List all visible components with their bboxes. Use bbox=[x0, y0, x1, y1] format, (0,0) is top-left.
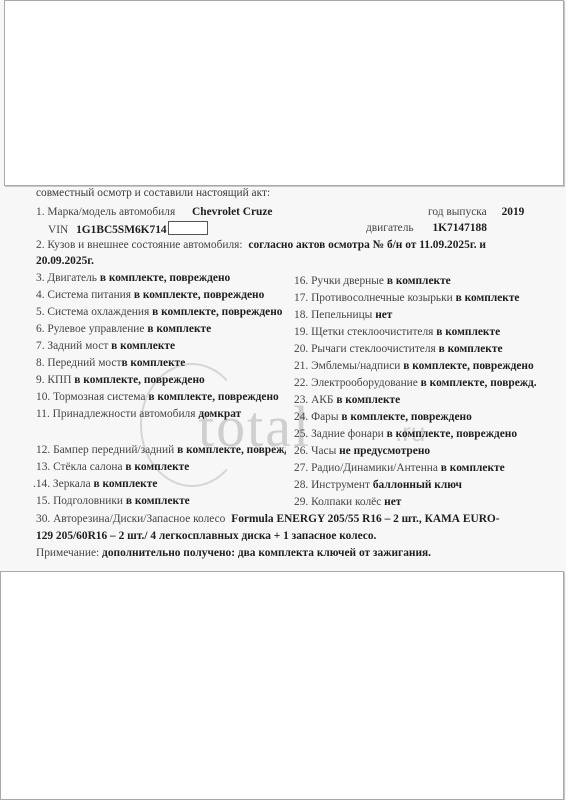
item-value: Chevrolet Cruze bbox=[192, 206, 272, 218]
item-label: 11. Принадлежности автомобиля bbox=[36, 408, 195, 420]
item-value: в комплекте, поврежд. bbox=[418, 377, 537, 389]
list-item: 22. Электрооборудование в комплекте, пов… bbox=[294, 376, 537, 390]
item-label: 23. АКБ bbox=[294, 394, 336, 406]
list-item: 21. Эмблемы/надписи в комплекте, поврежд… bbox=[294, 359, 534, 373]
list-item: 7. Задний мост в комплекте bbox=[36, 339, 175, 353]
item-value: в комплекте, повреждено bbox=[148, 391, 278, 403]
list-item: 12. Бампер передний/задний в комплекте, … bbox=[36, 443, 286, 457]
list-item: 19. Щетки стеклоочистителя в комплекте bbox=[294, 325, 500, 339]
item-label: 9. КПП bbox=[36, 374, 71, 386]
intro-text: совместный осмотр и составили настоящий … bbox=[36, 186, 270, 200]
item-value: Formula ENERGY 205/55 R16 – 2 шт., КАМА … bbox=[231, 513, 499, 525]
item-1-make-model: 1. Марка/модель автомобиля Chevrolet Cru… bbox=[36, 205, 273, 219]
item-value: в комплекте bbox=[123, 461, 190, 473]
note-label: Примечание: bbox=[36, 547, 99, 559]
item-30-tires-cont: 129 205/60R16 – 2 шт./ 4 легкосплавных д… bbox=[36, 529, 376, 543]
note: Примечание: дополнительно получено: два … bbox=[36, 546, 431, 560]
item-value: домкрат bbox=[195, 408, 241, 420]
item-label: 21. Эмблемы/надписи bbox=[294, 360, 400, 372]
list-item: 6. Рулевое управление в комплекте bbox=[36, 322, 211, 336]
list-item: 23. АКБ в комплекте bbox=[294, 393, 400, 407]
list-item: 25. Задние фонари в комплекте, поврежден… bbox=[294, 427, 517, 441]
item-label: 29. Колпаки колёс bbox=[294, 496, 384, 508]
item-value: в комплекте, повреждено bbox=[71, 374, 204, 386]
engine-field: двигатель 1K7147188 bbox=[366, 221, 487, 235]
item-value: согласно актов осмотра № б/н от 11.09.20… bbox=[248, 239, 486, 251]
item-label: 19. Щетки стеклоочистителя bbox=[294, 326, 433, 338]
list-item: 26. Часы не предусмотрено bbox=[294, 444, 430, 458]
list-item: 17. Противосолнечные козырьки в комплект… bbox=[294, 291, 519, 305]
item-label: 5. Система охлаждения bbox=[36, 306, 149, 318]
year-field: год выпуска 2019 bbox=[428, 205, 524, 219]
list-item: 8. Передний моств комплекте bbox=[36, 356, 185, 370]
item-value: баллонный ключ bbox=[370, 479, 462, 491]
list-item: 16. Ручки дверные в комплекте bbox=[294, 274, 451, 288]
item-value: нет bbox=[375, 309, 392, 321]
item-value: в комплекте, повреждено bbox=[131, 289, 264, 301]
item-label: 2. Кузов и внешнее состояние автомобиля: bbox=[36, 239, 243, 251]
item-label: 1. Марка/модель автомобиля bbox=[36, 206, 175, 218]
list-item: 28. Инструмент баллонный ключ bbox=[294, 478, 462, 492]
item-label: 30. Авторезина/Диски/Запасное колесо bbox=[36, 513, 225, 525]
item-value: в комплекте bbox=[336, 394, 400, 406]
item-value: в комплекте bbox=[441, 462, 505, 474]
item-label: 16. Ручки дверные bbox=[294, 275, 384, 287]
list-item: 3. Двигатель в комплекте, повреждено bbox=[36, 271, 230, 285]
list-item: 9. КПП в комплекте, повреждено bbox=[36, 373, 205, 387]
list-item: 4. Система питания в комплекте, поврежде… bbox=[36, 288, 264, 302]
redacted-footer-area bbox=[0, 571, 564, 800]
item-value: в комплекте, поврежд bbox=[174, 444, 286, 456]
item-label: 28. Инструмент bbox=[294, 479, 370, 491]
item-label: 15. Подголовники bbox=[36, 495, 126, 507]
item-value: в комплекте bbox=[433, 326, 500, 338]
item-value: в комплекте bbox=[384, 275, 451, 287]
list-item: 15. Подголовники в комплекте bbox=[36, 494, 190, 508]
list-item: 5. Система охлаждения в комплекте, повре… bbox=[36, 305, 283, 319]
item-value: в комплекте bbox=[144, 323, 211, 335]
note-value: дополнительно получено: два комплекта кл… bbox=[99, 547, 431, 559]
item-label: 24. Фары bbox=[294, 411, 341, 423]
item-label: .14. Зеркала bbox=[33, 478, 91, 490]
list-item: 10. Тормозная система в комплекте, повре… bbox=[36, 390, 279, 404]
list-item: 27. Радио/Динамики/Антенна в комплекте bbox=[294, 461, 505, 475]
item-value: в комплекте, повреждено bbox=[341, 411, 471, 423]
item-label: 27. Радио/Динамики/Антенна bbox=[294, 462, 441, 474]
list-item: .14. Зеркала в комплекте bbox=[33, 477, 157, 491]
item-label: 26. Часы bbox=[294, 445, 339, 457]
item-label: 12. Бампер передний/задний bbox=[36, 444, 174, 456]
item-label: 7. Задний мост bbox=[36, 340, 108, 352]
engine-value: 1K7147188 bbox=[432, 222, 486, 234]
vin-redaction-box bbox=[168, 221, 208, 235]
item-value: 129 205/60R16 – 2 шт./ 4 легкосплавных д… bbox=[36, 530, 376, 542]
item-value: в комплекте bbox=[108, 340, 175, 352]
list-item: 20. Рычаги стеклоочистителя в комплекте bbox=[294, 342, 503, 356]
engine-label: двигатель bbox=[366, 222, 414, 234]
item-30-tires: 30. Авторезина/Диски/Запасное колесо For… bbox=[36, 512, 500, 526]
item-value: в комплекте, повреждено bbox=[400, 360, 533, 372]
item-value: в комплекте bbox=[436, 343, 503, 355]
item-label: 4. Система питания bbox=[36, 289, 131, 301]
item-value: в комплекте bbox=[456, 292, 520, 304]
list-item: 11. Принадлежности автомобиля домкрат bbox=[36, 407, 241, 421]
item-value: в комплекте, повреждено bbox=[149, 306, 282, 318]
item-value: нет bbox=[384, 496, 401, 508]
item-label: 25. Задние фонари bbox=[294, 428, 387, 440]
item-label: 3. Двигатель bbox=[36, 272, 100, 284]
item-label: 8. Передний мост bbox=[36, 357, 121, 369]
item-2-body-cont: 20.09.2025г. bbox=[36, 254, 94, 268]
item-value: в комплекте bbox=[121, 357, 185, 369]
item-label: 13. Стёкла салона bbox=[36, 461, 123, 473]
item-label: 17. Противосолнечные козырьки bbox=[294, 292, 456, 304]
list-item: 18. Пепельницы нет bbox=[294, 308, 392, 322]
year-label: год выпуска bbox=[428, 206, 487, 218]
list-item: 29. Колпаки колёс нет bbox=[294, 495, 401, 509]
item-value: 20.09.2025г. bbox=[36, 255, 94, 267]
item-value: не предусмотрено bbox=[339, 445, 430, 457]
vin-field: VIN 1G1BC5SM6K714 bbox=[48, 221, 208, 237]
item-value: в комплекте bbox=[91, 478, 158, 490]
item-label: 22. Электрооборудование bbox=[294, 377, 418, 389]
item-value: в комплекте bbox=[126, 495, 190, 507]
list-item: 13. Стёкла салона в комплекте bbox=[36, 460, 189, 474]
item-2-body: 2. Кузов и внешнее состояние автомобиля:… bbox=[36, 238, 486, 252]
list-item: 24. Фары в комплекте, повреждено bbox=[294, 410, 472, 424]
item-label: 18. Пепельницы bbox=[294, 309, 375, 321]
year-value: 2019 bbox=[502, 206, 525, 218]
item-label: 20. Рычаги стеклоочистителя bbox=[294, 343, 436, 355]
vin-label: VIN bbox=[48, 224, 68, 236]
item-label: 10. Тормозная система bbox=[36, 391, 148, 403]
item-value: в комплекте, повреждено bbox=[387, 428, 517, 440]
item-label: 6. Рулевое управление bbox=[36, 323, 144, 335]
vin-value: 1G1BC5SM6K714 bbox=[76, 224, 167, 236]
item-value: в комплекте, повреждено bbox=[100, 272, 230, 284]
